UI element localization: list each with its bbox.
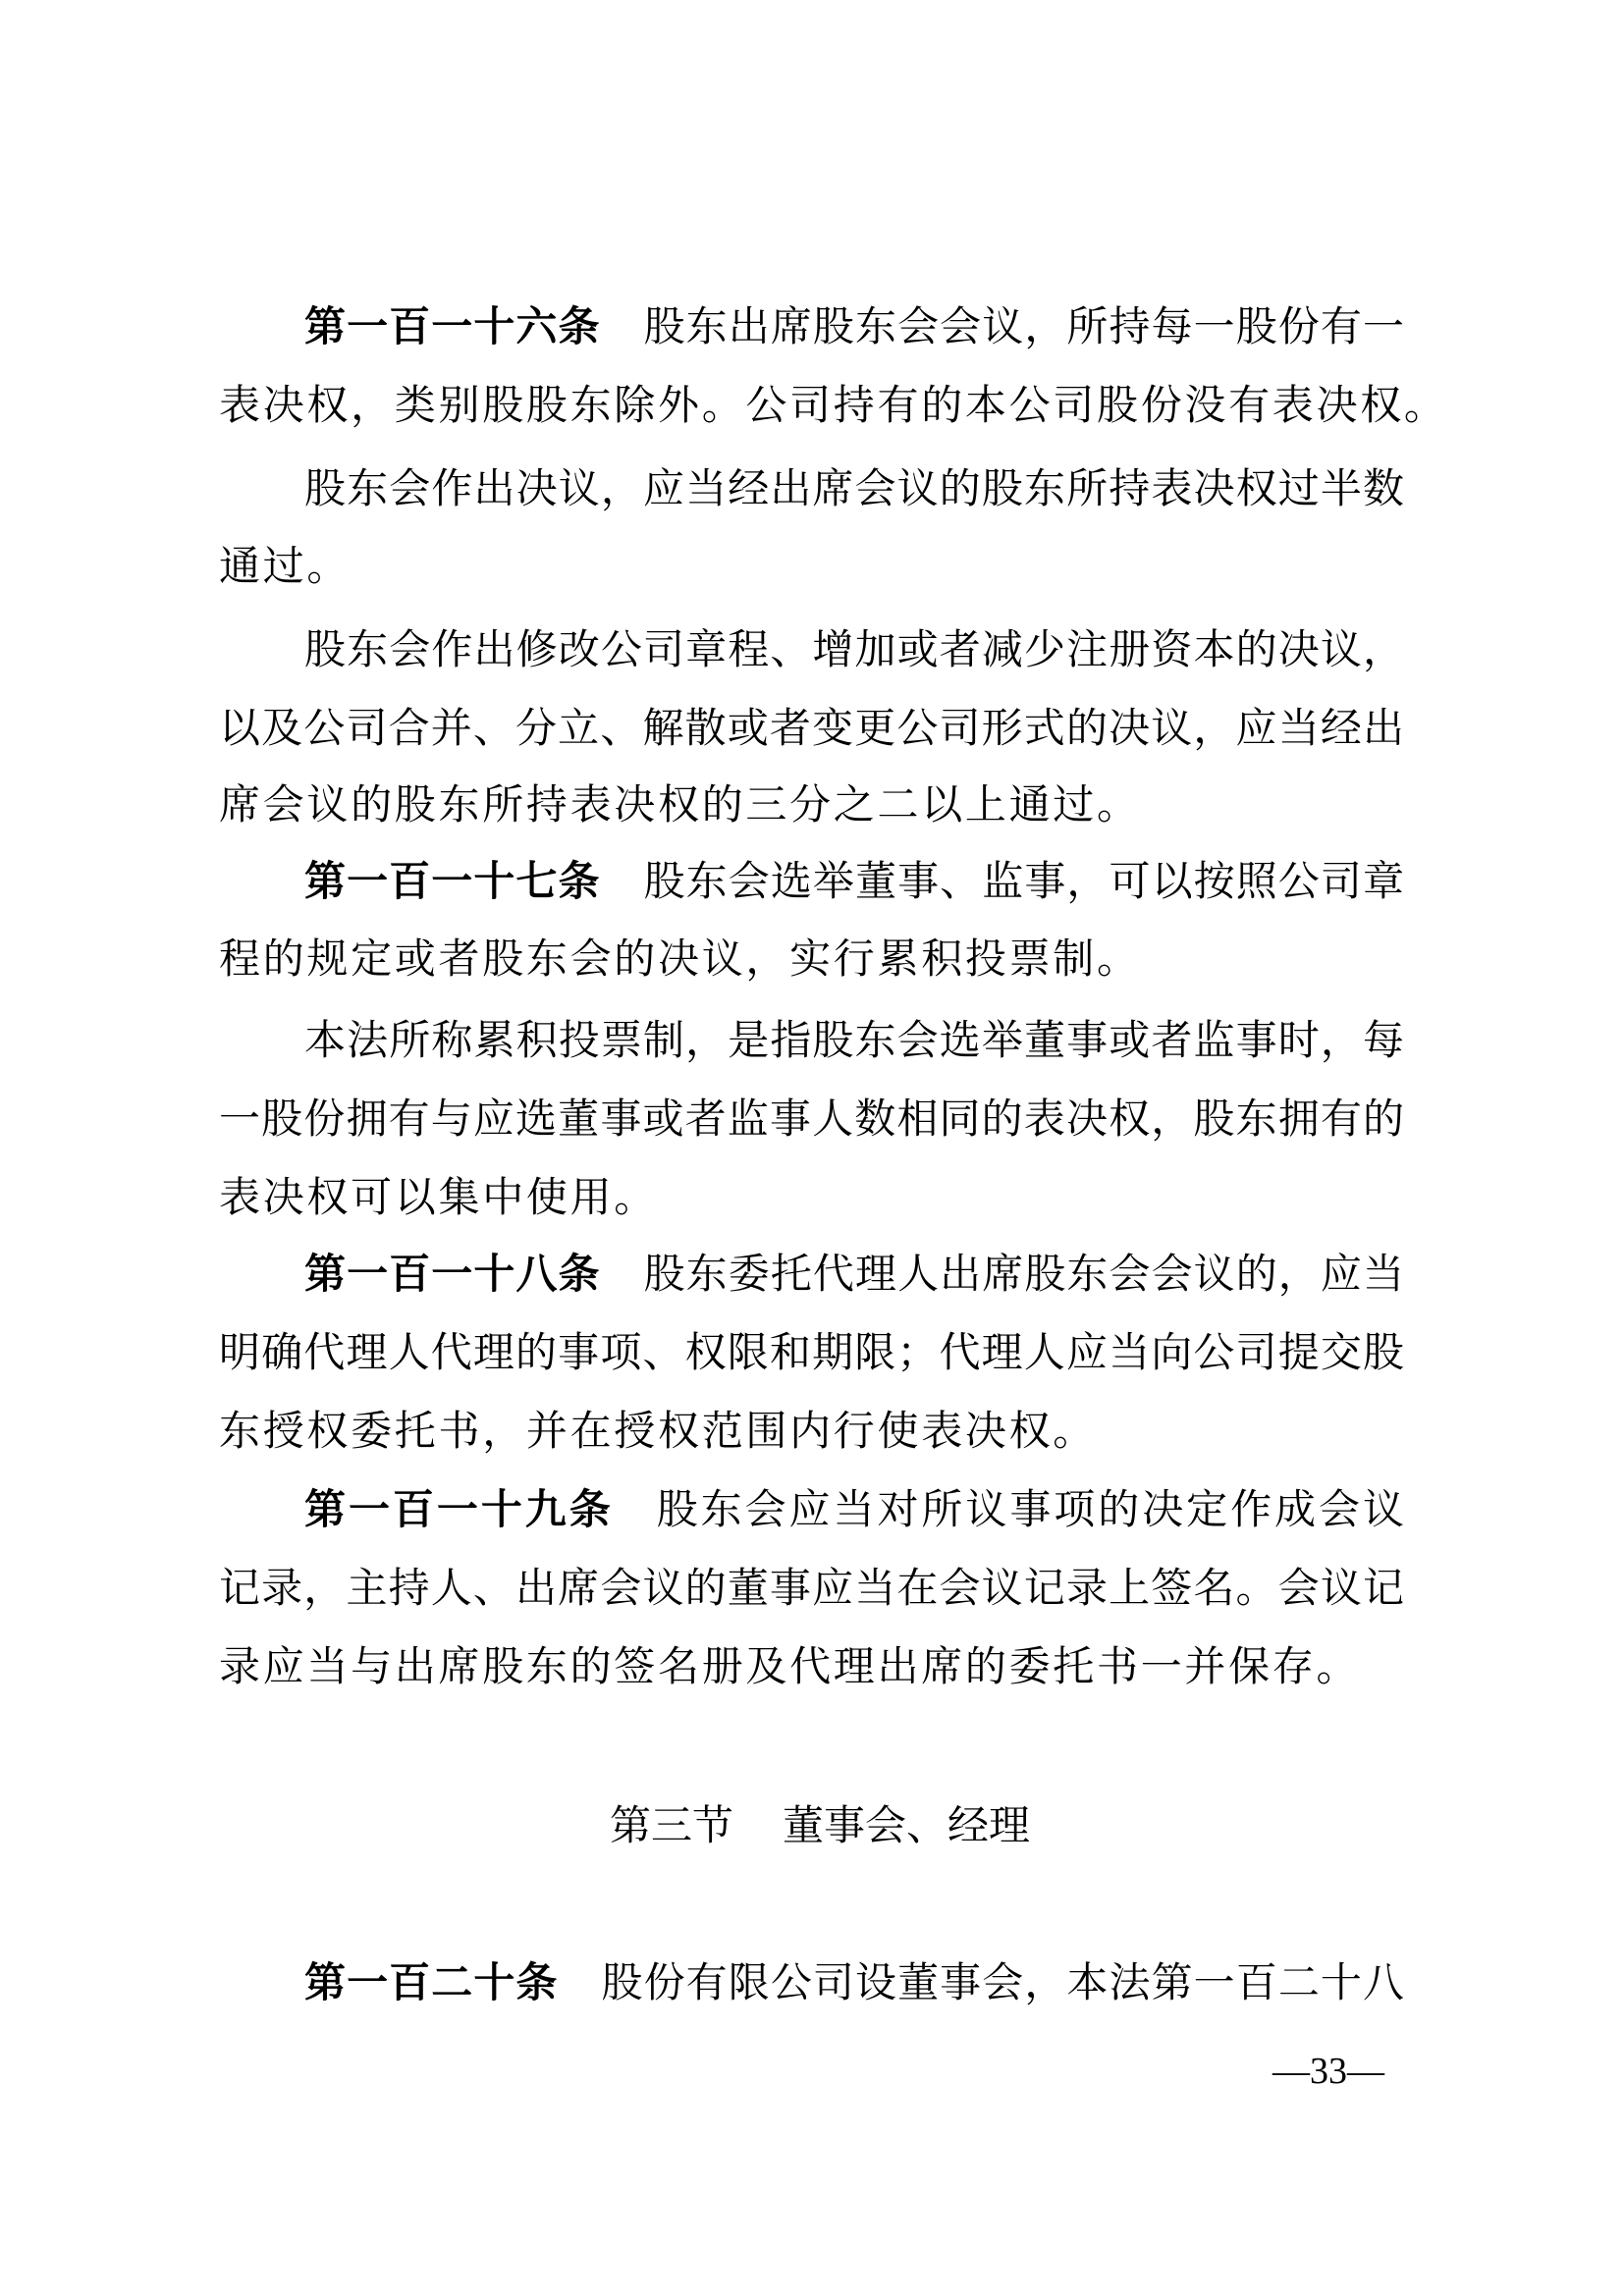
article-118-line-3: 东授权委托书，并在授权范围内行使表决权。 [219, 1402, 1404, 1461]
article-117-para-2-line-1: 本法所称累积投票制，是指股东会选举董事或者监事时，每 [304, 1011, 1404, 1070]
article-number: 第一百一十八条 [304, 1250, 601, 1298]
article-116-para-3-line-2: 以及公司合并、分立、解散或者变更公司形式的决议，应当经出 [219, 699, 1404, 758]
article-116-para-3-line-1: 股东会作出修改公司章程、增加或者减少注册资本的决议， [304, 620, 1404, 679]
section-number: 第三节 [610, 1801, 733, 1849]
article-116-para-2-line-1: 股东会作出决议，应当经出席会议的股东所持表决权过半数 [304, 459, 1404, 518]
article-116-line-1: 第一百一十六条股东出席股东会会议，所持每一股份有一 [304, 297, 1404, 356]
article-118-line-1: 第一百一十八条股东委托代理人出席股东会会议的，应当 [304, 1245, 1404, 1304]
section-title: 董事会、经理 [783, 1801, 1030, 1849]
article-116-para-2-line-2: 通过。 [219, 537, 1404, 596]
article-116-para-3-line-3: 席会议的股东所持表决权的三分之二以上通过。 [219, 775, 1404, 834]
article-number: 第一百一十六条 [304, 302, 601, 350]
article-117-para-2-line-3: 表决权可以集中使用。 [219, 1168, 1404, 1227]
article-number: 第一百二十条 [304, 1958, 559, 2006]
article-117-line-2: 程的规定或者股东会的决议，实行累积投票制。 [219, 930, 1404, 988]
page-number: —33— [1272, 2050, 1384, 2093]
article-119-line-2: 记录，主持人、出席会议的董事应当在会议记录上签名。会议记 [219, 1559, 1404, 1618]
article-118-line-2: 明确代理人代理的事项、权限和期限；代理人应当向公司提交股 [219, 1323, 1404, 1382]
section-heading: 第三节董事会、经理 [0, 1796, 1624, 1855]
article-number: 第一百一十七条 [304, 857, 601, 905]
article-117-para-2-line-2: 一股份拥有与应选董事或者监事人数相同的表决权，股东拥有的 [219, 1090, 1404, 1148]
article-116-line-2: 表决权，类别股股东除外。公司持有的本公司股份没有表决权。 [219, 376, 1404, 435]
article-119-line-3: 录应当与出席股东的签名册及代理出席的委托书一并保存。 [219, 1637, 1404, 1696]
article-number: 第一百一十九条 [304, 1485, 614, 1533]
article-120-line-1: 第一百二十条股份有限公司设董事会，本法第一百二十八 [304, 1953, 1404, 2012]
article-119-line-1: 第一百一十九条股东会应当对所议事项的决定作成会议 [304, 1480, 1404, 1539]
article-117-line-1: 第一百一十七条股东会选举董事、监事，可以按照公司章 [304, 852, 1404, 911]
document-page: 第一百一十六条股东出席股东会会议，所持每一股份有一 表决权，类别股股东除外。公司… [0, 0, 1624, 2296]
